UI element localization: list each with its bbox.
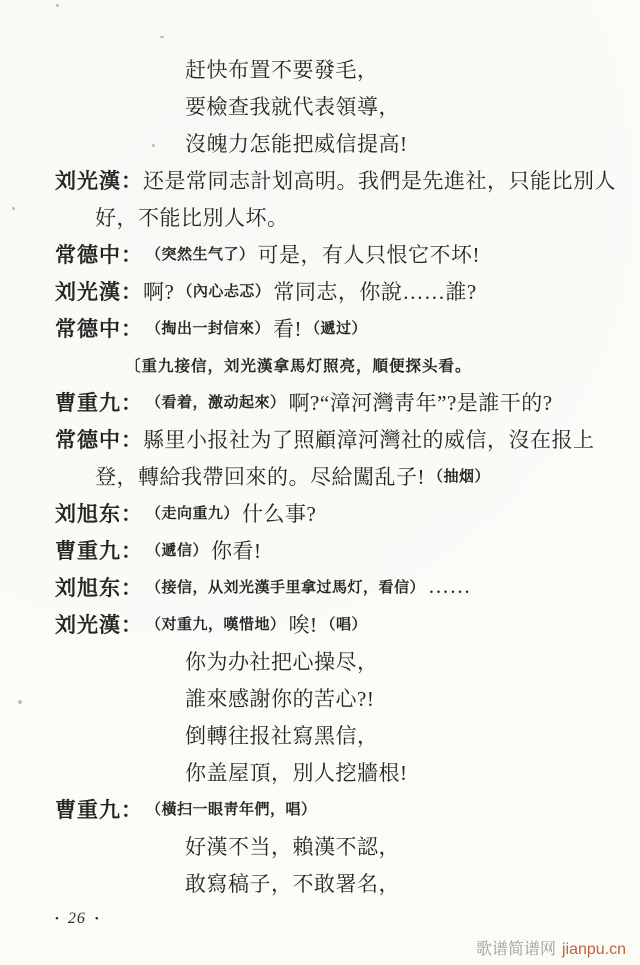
stage-direction-inline: （唱） (318, 613, 371, 634)
script-line-verse: 你为办社把心操尽， (0, 642, 640, 679)
dialogue-text: 赶快布置不要發毛， (185, 54, 379, 84)
watermark-site-name: 歌谱简谱网 (476, 936, 556, 959)
speaker-name: 刘光漢： (55, 165, 143, 195)
watermark-site-url[interactable]: jianpu.cn (562, 941, 626, 959)
stage-direction-inline: （掏出一封信來） (143, 317, 273, 338)
dialogue-text: 倒轉往报社寫黑信， (185, 720, 379, 750)
dialogue-text: 沒魄力怎能把威信提高! (185, 128, 408, 158)
stage-direction-inline: （对重九，嘆惜地） (143, 613, 289, 634)
stage-direction-inline: （抽烟） (425, 465, 493, 486)
dialogue-text: 縣里小报社为了照顧漳河灣社的威信，沒在报上 (143, 424, 595, 454)
stage-direction-inline: （遞信） (143, 539, 211, 560)
script-line-verse: 倒轉往报社寫黑信， (0, 716, 640, 753)
script-line-verse: 沒魄力怎能把威信提高! (0, 124, 640, 161)
speaker-name: 曹重九： (55, 535, 143, 565)
speaker-name: 曹重九： (55, 387, 143, 417)
script-line-cont: 好，不能比別人坏。 (0, 198, 640, 235)
script-line-speech: 常德中：縣里小报社为了照顧漳河灣社的威信，沒在报上 (0, 420, 640, 457)
speaker-name: 刘光漢： (55, 276, 143, 306)
dialogue-text: 你看! (211, 535, 262, 565)
dialogue-text: 誰來感謝你的苦心?! (185, 683, 374, 713)
script-line-verse: 誰來感謝你的苦心?! (0, 679, 640, 716)
dialogue-text: 啊? (143, 276, 174, 306)
script-lines: 赶快布置不要發毛，要檢查我就代表領導，沒魄力怎能把威信提高!刘光漢：还是常同志計… (0, 50, 640, 901)
script-line-verse: 你盖屋頂，別人挖牆根! (0, 753, 640, 790)
scan-speck (56, 4, 59, 7)
stage-direction-inline: （走向重九） (143, 502, 242, 523)
dialogue-text: 可是，有人只恨它不坏! (258, 239, 481, 269)
speaker-name: 常德中： (55, 239, 143, 269)
script-line-speech: 刘光漢：还是常同志計划高明。我們是先進社，只能比別人 (0, 161, 640, 198)
dialogue-text: 好漢不当，賴漢不認， (185, 831, 400, 861)
script-line-speech: 刘旭东：（走向重九）什么事? (0, 494, 640, 531)
dialogue-text: 还是常同志計划高明。我們是先進社，只能比別人 (143, 165, 616, 195)
dialogue-text: 常同志，你說……誰? (273, 276, 476, 306)
dialogue-text: 你为办社把心操尽， (185, 646, 379, 676)
script-line-speech: 刘光漢：啊?（內心忐忑）常同志，你說……誰? (0, 272, 640, 309)
dialogue-text: 好，不能比別人坏。 (95, 202, 289, 232)
stage-direction-line: 〔重九接信，刘光漢拿馬灯照亮，順便探头看。 (125, 354, 472, 376)
page-footer: • 26 • (55, 910, 99, 928)
footer-right-dot: • (95, 914, 99, 925)
stage-direction-inline: （接信，从刘光漢手里拿过馬灯，看信） (143, 576, 428, 597)
stage-direction-inline: （遞过） (302, 317, 370, 338)
dialogue-text: 唉! (289, 609, 318, 639)
script-line-speech: 曹重九：（橫扫一眼靑年們，唱） (0, 790, 640, 827)
script-line-verse: 好漢不当，賴漢不認， (0, 827, 640, 864)
script-line-stage: 〔重九接信，刘光漢拿馬灯照亮，順便探头看。 (0, 346, 640, 383)
scanned-script-page: 赶快布置不要發毛，要檢查我就代表領導，沒魄力怎能把威信提高!刘光漢：还是常同志計… (0, 0, 640, 965)
stage-direction-inline: （突然生气了） (143, 243, 258, 264)
script-line-speech: 常德中：（突然生气了）可是，有人只恨它不坏! (0, 235, 640, 272)
dialogue-text: 你盖屋頂，別人挖牆根! (185, 757, 408, 787)
dialogue-text: 登，轉給我帶回來的。尽給闖乱子! (95, 461, 425, 491)
script-line-speech: 刘旭东：（接信，从刘光漢手里拿过馬灯，看信）…… (0, 568, 640, 605)
page-number: 26 (68, 910, 86, 928)
dialogue-text: 敢寫稿子，不敢署名， (185, 868, 400, 898)
stage-direction-inline: （看着，激动起來） (143, 391, 289, 412)
speaker-name: 常德中： (55, 424, 143, 454)
script-line-cont: 登，轉給我帶回來的。尽給闖乱子!（抽烟） (0, 457, 640, 494)
footer-left-dot: • (55, 914, 59, 925)
script-line-verse: 赶快布置不要發毛， (0, 50, 640, 87)
stage-direction-inline: （橫扫一眼靑年們，唱） (143, 798, 320, 819)
script-line-verse: 要檢查我就代表領導， (0, 87, 640, 124)
dialogue-text: 看! (273, 313, 302, 343)
stage-direction-inline: （內心忐忑） (174, 280, 273, 301)
dialogue-text: 什么事? (242, 498, 316, 528)
speaker-name: 曹重九： (55, 794, 143, 824)
script-line-speech: 曹重九：（遞信）你看! (0, 531, 640, 568)
dialogue-text: …… (428, 574, 471, 599)
scan-speck (160, 36, 164, 38)
dialogue-text: 要檢查我就代表領導， (185, 91, 400, 121)
dialogue-text: 啊?“漳河灣靑年”?是誰干的? (289, 387, 553, 417)
speaker-name: 刘光漢： (55, 609, 143, 639)
speaker-name: 刘旭东： (55, 572, 143, 602)
script-line-speech: 常德中：（掏出一封信來）看!（遞过） (0, 309, 640, 346)
speaker-name: 常德中： (55, 313, 143, 343)
script-line-verse: 敢寫稿子，不敢署名， (0, 864, 640, 901)
site-watermark: 歌谱简谱网 jianpu.cn (476, 936, 626, 959)
script-line-speech: 刘光漢：（对重九，嘆惜地）唉!（唱） (0, 605, 640, 642)
speaker-name: 刘旭东： (55, 498, 143, 528)
script-line-speech: 曹重九：（看着，激动起來）啊?“漳河灣靑年”?是誰干的? (0, 383, 640, 420)
